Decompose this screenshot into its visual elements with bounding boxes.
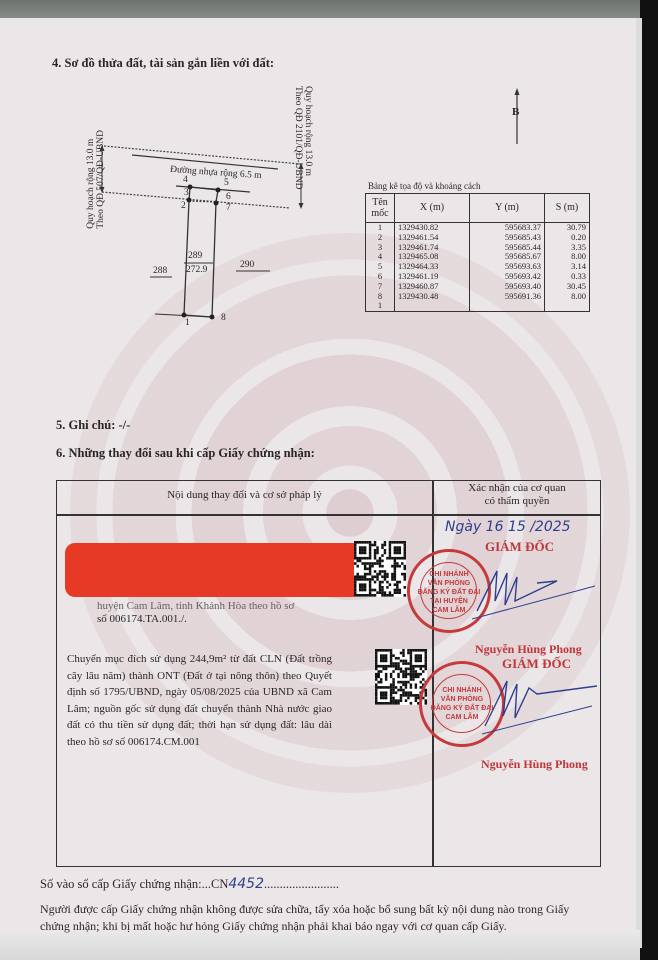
point-2: 2	[181, 201, 186, 211]
coord-table-caption: Bảng kê tọa độ và khoảng cách	[368, 181, 480, 191]
parcel-diagram	[0, 18, 360, 338]
coord-row: 1	[366, 301, 590, 311]
coord-header-0: Tên mốc	[366, 194, 395, 223]
header-divider	[57, 514, 600, 516]
signature-2	[477, 666, 602, 736]
point-5: 5	[224, 178, 229, 188]
section5-title: 5. Ghi chú: -/-	[56, 418, 130, 433]
paper-edge	[636, 18, 642, 948]
point-4: 4	[183, 175, 188, 185]
content-column-header: Nội dung thay đổi và cơ sở pháp lý	[57, 489, 432, 501]
change-entry-1: huyện Cam Lâm, tỉnh Khánh Hòa theo hồ sơ…	[97, 600, 294, 626]
photo-background-bottom	[0, 930, 640, 960]
confirm1-title: GIÁM ĐỐC	[485, 539, 554, 555]
coord-header-2: Y (m)	[470, 194, 545, 223]
coord-header-1: X (m)	[395, 194, 470, 223]
change-entry-2: Chuyển mục đích sử dụng 244,9m² từ đất C…	[67, 651, 332, 750]
entry1-last-line: số 006174.TA.001./.	[97, 613, 294, 626]
certificate-page: 4. Sơ đồ thửa đất, tài sản gắn liền với …	[0, 18, 636, 933]
legal-notice: Người được cấp Giấy chứng nhận không đượ…	[40, 901, 600, 933]
point-1: 1	[185, 318, 190, 328]
confirm2-signer: Nguyễn Hùng Phong	[481, 757, 588, 772]
register-number-handwritten: 4452	[228, 876, 264, 892]
parcel-289-area: 272.9	[186, 265, 207, 275]
entry1-partial-line: huyện Cam Lâm, tỉnh Khánh Hòa theo hồ sơ	[97, 600, 294, 613]
handwritten-date: Ngày 16 15 /2025	[445, 519, 571, 535]
photo-background-top	[0, 0, 658, 20]
point-7: 7	[226, 203, 231, 213]
section6-title: 6. Những thay đổi sau khi cấp Giấy chứng…	[56, 446, 315, 461]
point-8: 8	[221, 313, 226, 323]
coord-table: Tên mốcX (m)Y (m)S (m) 11329430.82595683…	[365, 193, 590, 312]
photo-background-right	[640, 0, 658, 960]
coord-row: 81329430.48595691.368.00	[366, 292, 590, 302]
north-arrow-icon	[513, 88, 533, 148]
qr-code-1	[354, 541, 406, 597]
redacted-block	[65, 543, 375, 597]
signature-1	[467, 561, 597, 621]
parcel-289-number: 289	[188, 251, 202, 261]
north-label: B	[512, 106, 519, 118]
register-number-line: Số vào sổ cấp Giấy chứng nhận:...CN4452.…	[40, 876, 339, 892]
confirm1-signer: Nguyễn Hùng Phong	[475, 642, 582, 657]
point-3: 3	[184, 188, 189, 198]
changes-table: Nội dung thay đổi và cơ sở pháp lý Xác n…	[56, 480, 601, 867]
confirm-column-header: Xác nhận của cơ quancó thẩm quyền	[434, 482, 600, 508]
parcel-288: 288	[153, 266, 167, 276]
coord-header-3: S (m)	[545, 194, 590, 223]
point-6: 6	[226, 192, 231, 202]
parcel-290: 290	[240, 260, 254, 270]
